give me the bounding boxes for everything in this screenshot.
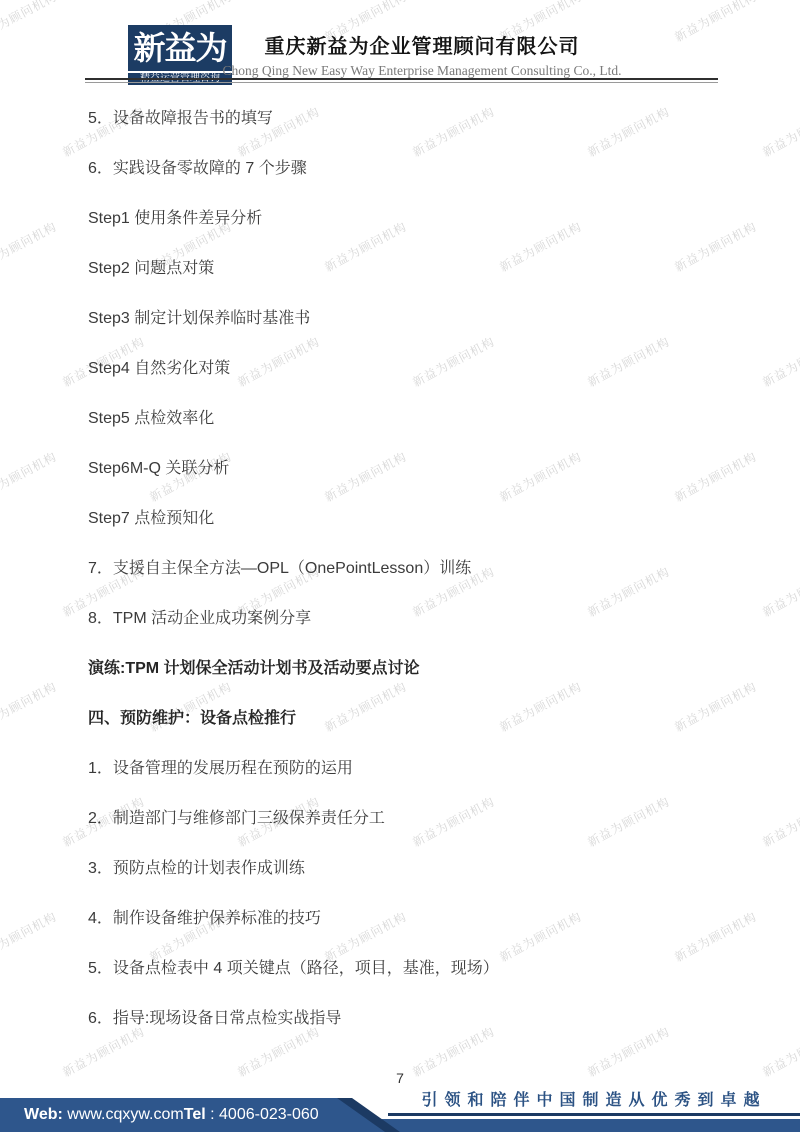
web-label: Web:: [24, 1106, 63, 1123]
page-header: 新益为 精益运营管理咨询 重庆新益为企业管理顾问有限公司 Chong Qing …: [0, 0, 800, 100]
body-line: Step2 问题点对策: [88, 258, 728, 280]
section-heading: 四、预防维护：设备点检推行: [88, 708, 728, 730]
body-line: Step4 自然劣化对策: [88, 358, 728, 380]
tel-number: 4006-023-060: [219, 1106, 319, 1123]
document-body: 5．设备故障报告书的填写 6．实践设备零故障的 7 个步骤 Step1 使用条件…: [88, 100, 728, 1058]
body-line: 2．制造部门与维修部门三级保养责任分工: [88, 808, 728, 830]
body-line: Step7 点检预知化: [88, 508, 728, 530]
web-url: www.cqxyw.com: [63, 1106, 184, 1123]
body-line: 5．设备故障报告书的填写: [88, 108, 728, 130]
watermark-text: 新益为顾问机构: [759, 103, 800, 161]
company-name-cn: 重庆新益为企业管理顾问有限公司: [222, 34, 622, 60]
watermark-text: 新益为顾问机构: [0, 218, 60, 276]
company-logo: 新益为: [128, 25, 232, 71]
tel-colon: :: [206, 1106, 219, 1123]
footer-slogan: 引领和陪伴中国制造从优秀到卓越: [388, 1087, 800, 1116]
body-line: 6．实践设备零故障的 7 个步骤: [88, 158, 728, 180]
body-line: Step1 使用条件差异分析: [88, 208, 728, 230]
watermark-text: 新益为顾问机构: [0, 678, 60, 736]
watermark-text: 新益为顾问机构: [0, 908, 60, 966]
header-divider: [85, 78, 718, 83]
page-number: 7: [0, 1070, 800, 1086]
body-line-exercise: 演练:TPM 计划保全活动计划书及活动要点讨论: [88, 658, 728, 680]
body-line: Step6M-Q 关联分析: [88, 458, 728, 480]
body-line: 5．设备点检表中 4 项关键点（路径，项目，基准，现场）: [88, 958, 728, 980]
watermark-text: 新益为顾问机构: [0, 448, 60, 506]
logo-title: 新益为: [133, 32, 226, 64]
company-title-block: 重庆新益为企业管理顾问有限公司 Chong Qing New Easy Way …: [222, 34, 622, 80]
body-line: Step5 点检效率化: [88, 408, 728, 430]
body-line: 7．支援自主保全方法—OPL（OnePointLesson）训练: [88, 558, 728, 580]
watermark-text: 新益为顾问机构: [759, 793, 800, 851]
body-line: 1．设备管理的发展历程在预防的运用: [88, 758, 728, 780]
watermark-text: 新益为顾问机构: [759, 563, 800, 621]
watermark-text: 新益为顾问机构: [759, 333, 800, 391]
body-line: 3．预防点检的计划表作成训练: [88, 858, 728, 880]
body-line: 6．指导:现场设备日常点检实战指导: [88, 1008, 728, 1030]
body-line: 8．TPM 活动企业成功案例分享: [88, 608, 728, 630]
body-line: 4．制作设备维护保养标准的技巧: [88, 908, 728, 930]
body-line: Step3 制定计划保养临时基准书: [88, 308, 728, 330]
tel-label: Tel: [184, 1106, 206, 1123]
page-footer: Web: www.cqxyw.comTel : 4006-023-060 引领和…: [0, 1092, 800, 1132]
footer-contact-bar: Web: www.cqxyw.comTel : 4006-023-060: [0, 1098, 400, 1132]
